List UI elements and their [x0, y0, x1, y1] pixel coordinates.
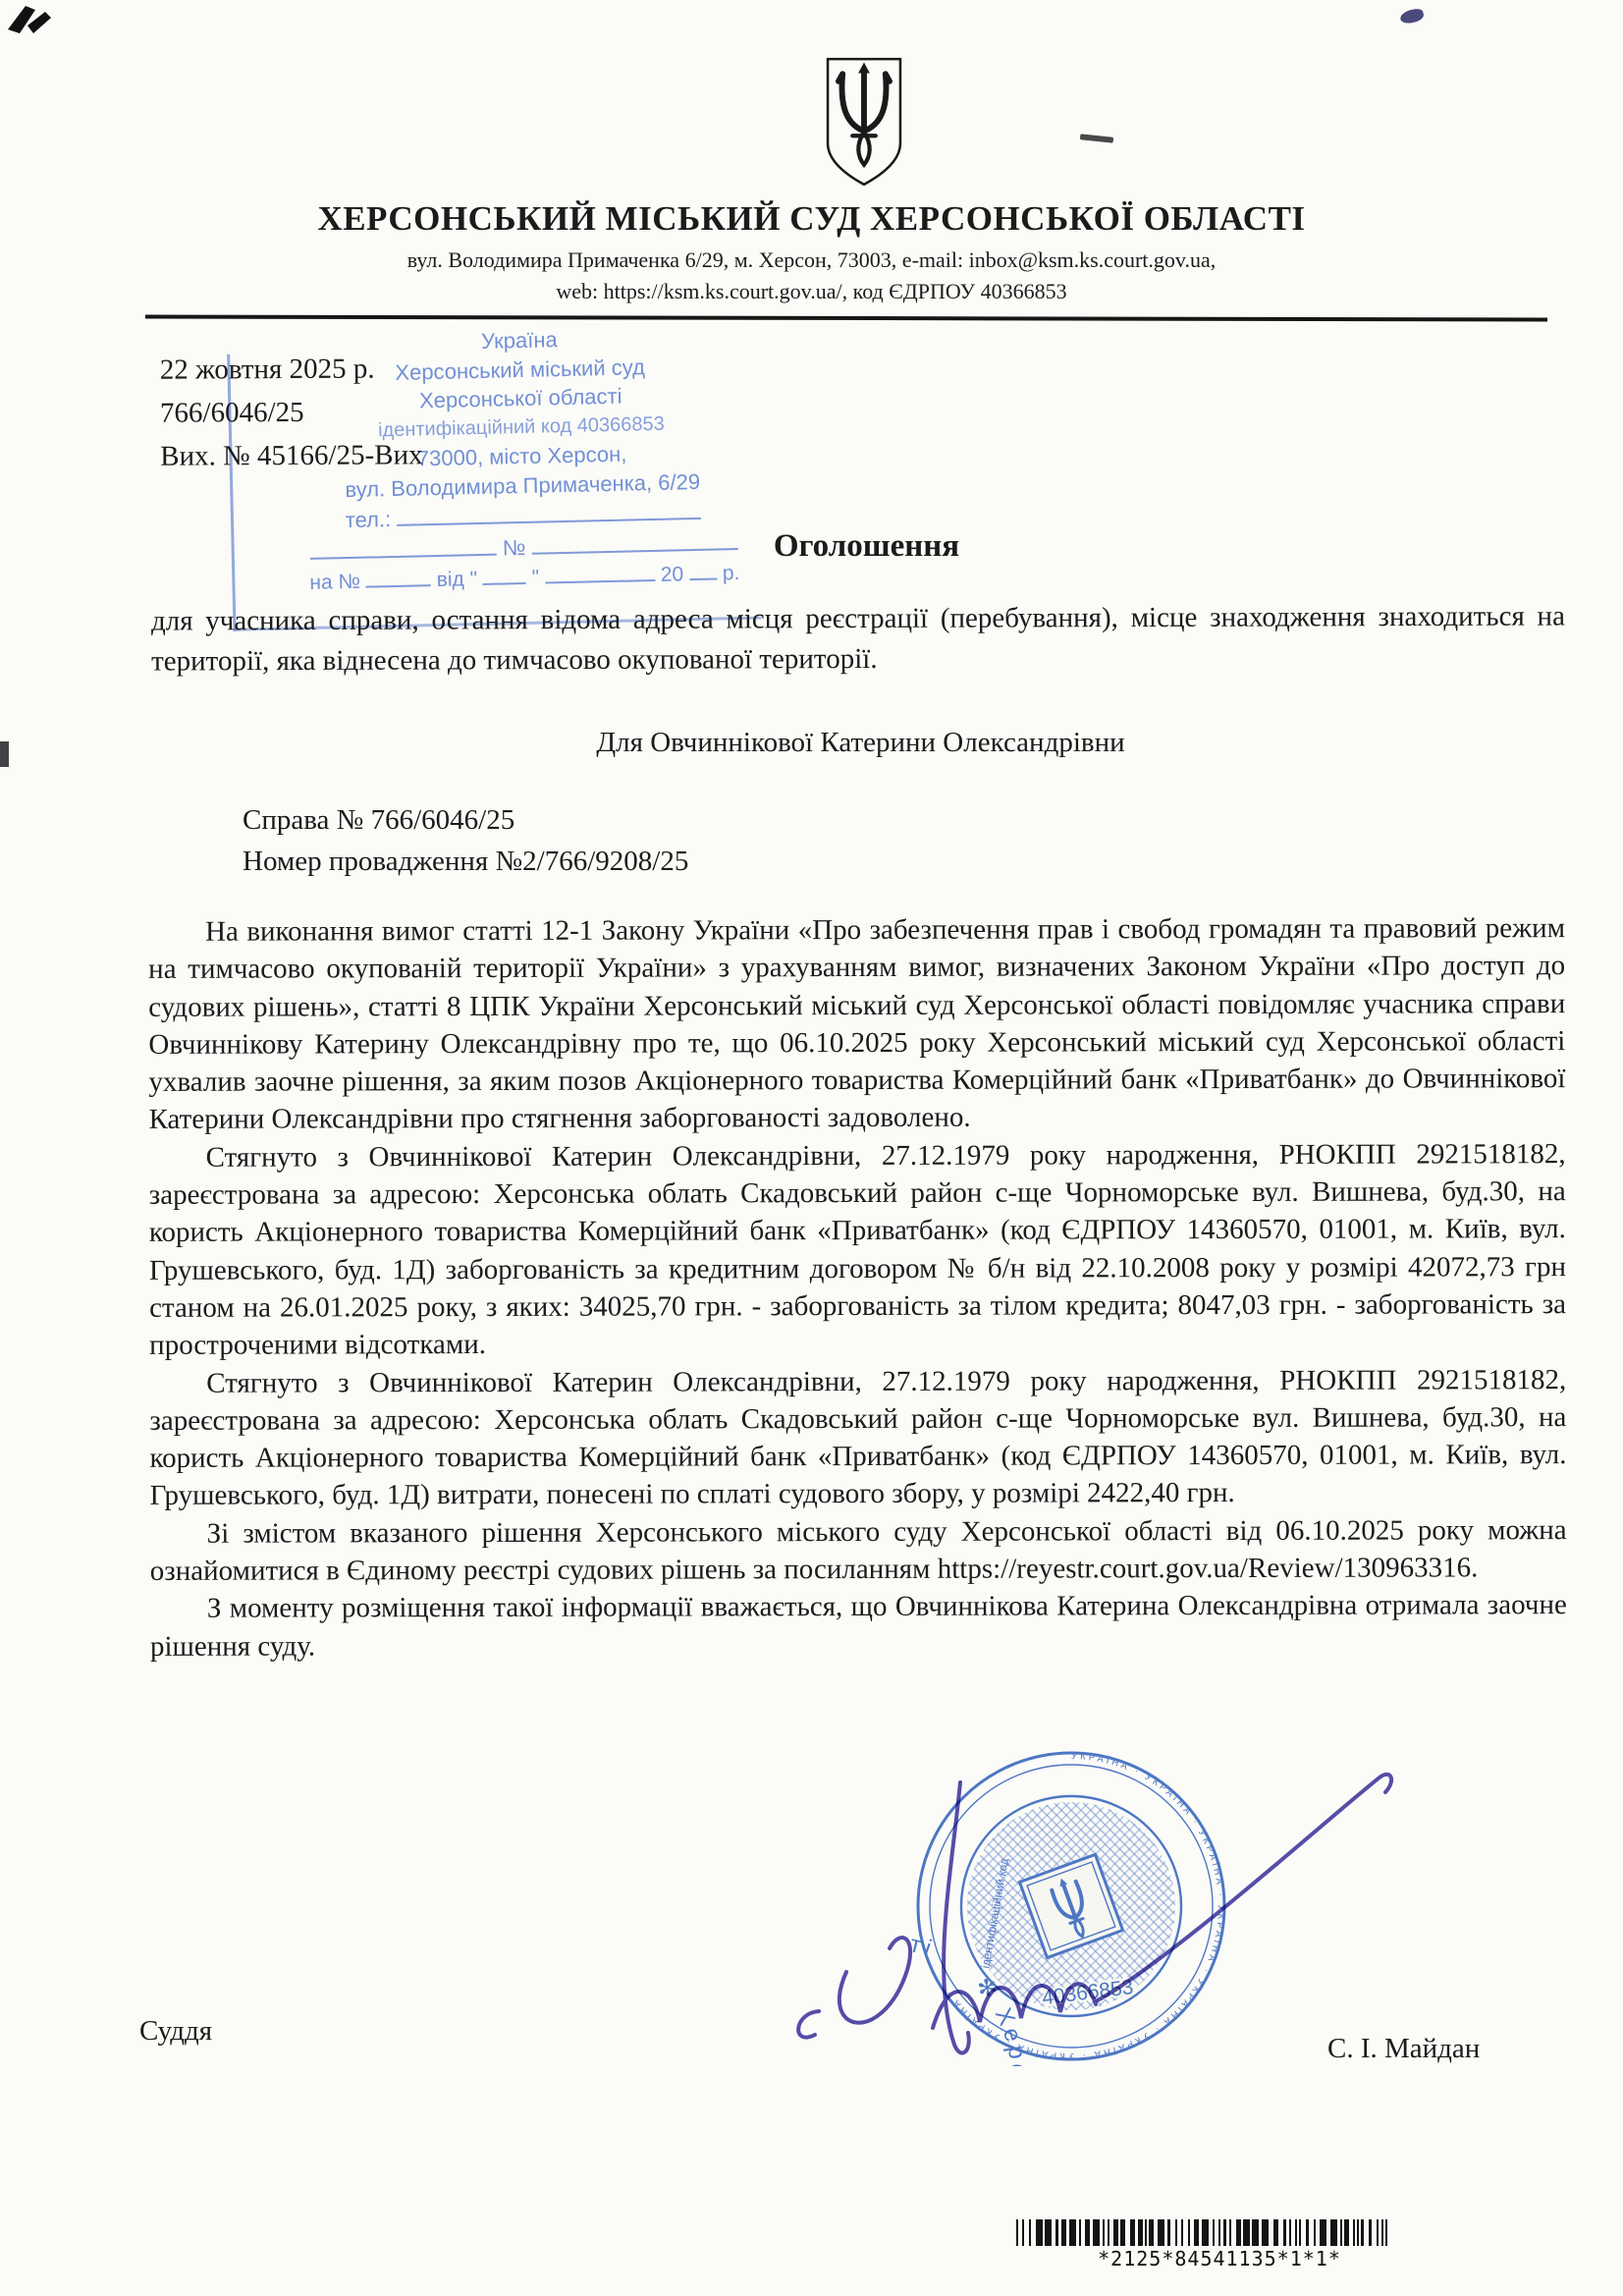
court-web-line: web: https://ksm.ks.court.gov.ua/, код Є… — [0, 279, 1623, 304]
letter-body: На виконання вимог статті 12-1 Закону Ук… — [148, 909, 1567, 1666]
stamp-vid-label: від " — [436, 568, 477, 591]
judge-name: С. І. Майдан — [1327, 2033, 1480, 2065]
scan-artifact-top-left — [6, 4, 53, 37]
header-divider — [145, 315, 1547, 322]
body-paragraph: На виконання вимог статті 12-1 Закону Ук… — [148, 909, 1566, 1139]
judge-signature — [785, 1728, 1473, 2082]
stamp-blank — [397, 496, 701, 526]
barcode-bars — [1016, 2219, 1423, 2246]
stamp-year-label: 20 — [661, 563, 684, 586]
stamp-blank — [483, 562, 527, 585]
court-address-line: вул. Володимира Примаченка 6/29, м. Херс… — [0, 247, 1623, 273]
reference-block: 22 жовтня 2025 р. 766/6046/25 Вих. № 451… — [160, 347, 423, 477]
ukraine-trident-emblem-icon — [823, 49, 905, 194]
scan-artifact-top-right — [1399, 8, 1425, 26]
letter-date: 22 жовтня 2025 р. — [160, 347, 423, 391]
barcode-text: *2125*84541135*1*1* — [1016, 2247, 1423, 2270]
stamp-quote: " — [531, 567, 539, 589]
case-number: 766/6046/25 — [160, 390, 423, 434]
scan-artifact-dash — [1080, 134, 1113, 143]
stamp-r-label: р. — [723, 562, 740, 584]
stamp-on-no-label: на № — [309, 571, 360, 594]
outgoing-number: Вих. № 45166/25-Вих — [160, 433, 423, 477]
case-block: Справа № 766/6046/25 Номер провадження №… — [243, 799, 688, 882]
scanned-court-letter: ХЕРСОНСЬКИЙ МІСЬКИЙ СУД ХЕРСОНСЬКОЇ ОБЛА… — [0, 0, 1623, 2296]
court-name-title: ХЕРСОНСЬКИЙ МІСЬКИЙ СУД ХЕРСОНСЬКОЇ ОБЛА… — [0, 199, 1623, 239]
body-paragraph: З моменту розміщення такої інформації вв… — [150, 1586, 1567, 1665]
proceeding-line: Номер провадження №2/766/9208/25 — [243, 841, 688, 882]
intro-paragraph: для учасника справи, остання відома адре… — [151, 596, 1565, 682]
body-paragraph: Стягнуто з Овчиннікової Катерин Олександ… — [149, 1135, 1567, 1365]
stamp-blank — [365, 564, 431, 587]
judge-role-label: Суддя — [139, 2015, 212, 2048]
document-title: Оголошення — [0, 528, 1623, 565]
case-line: Справа № 766/6046/25 — [243, 799, 688, 841]
addressee-line: Для Овчиннікової Катерини Олександрівни — [0, 727, 1623, 759]
body-paragraph: Зі змістом вказаного рішення Херсонськог… — [150, 1511, 1567, 1590]
body-paragraph: Стягнуто з Овчиннікової Катерин Олександ… — [149, 1361, 1566, 1515]
